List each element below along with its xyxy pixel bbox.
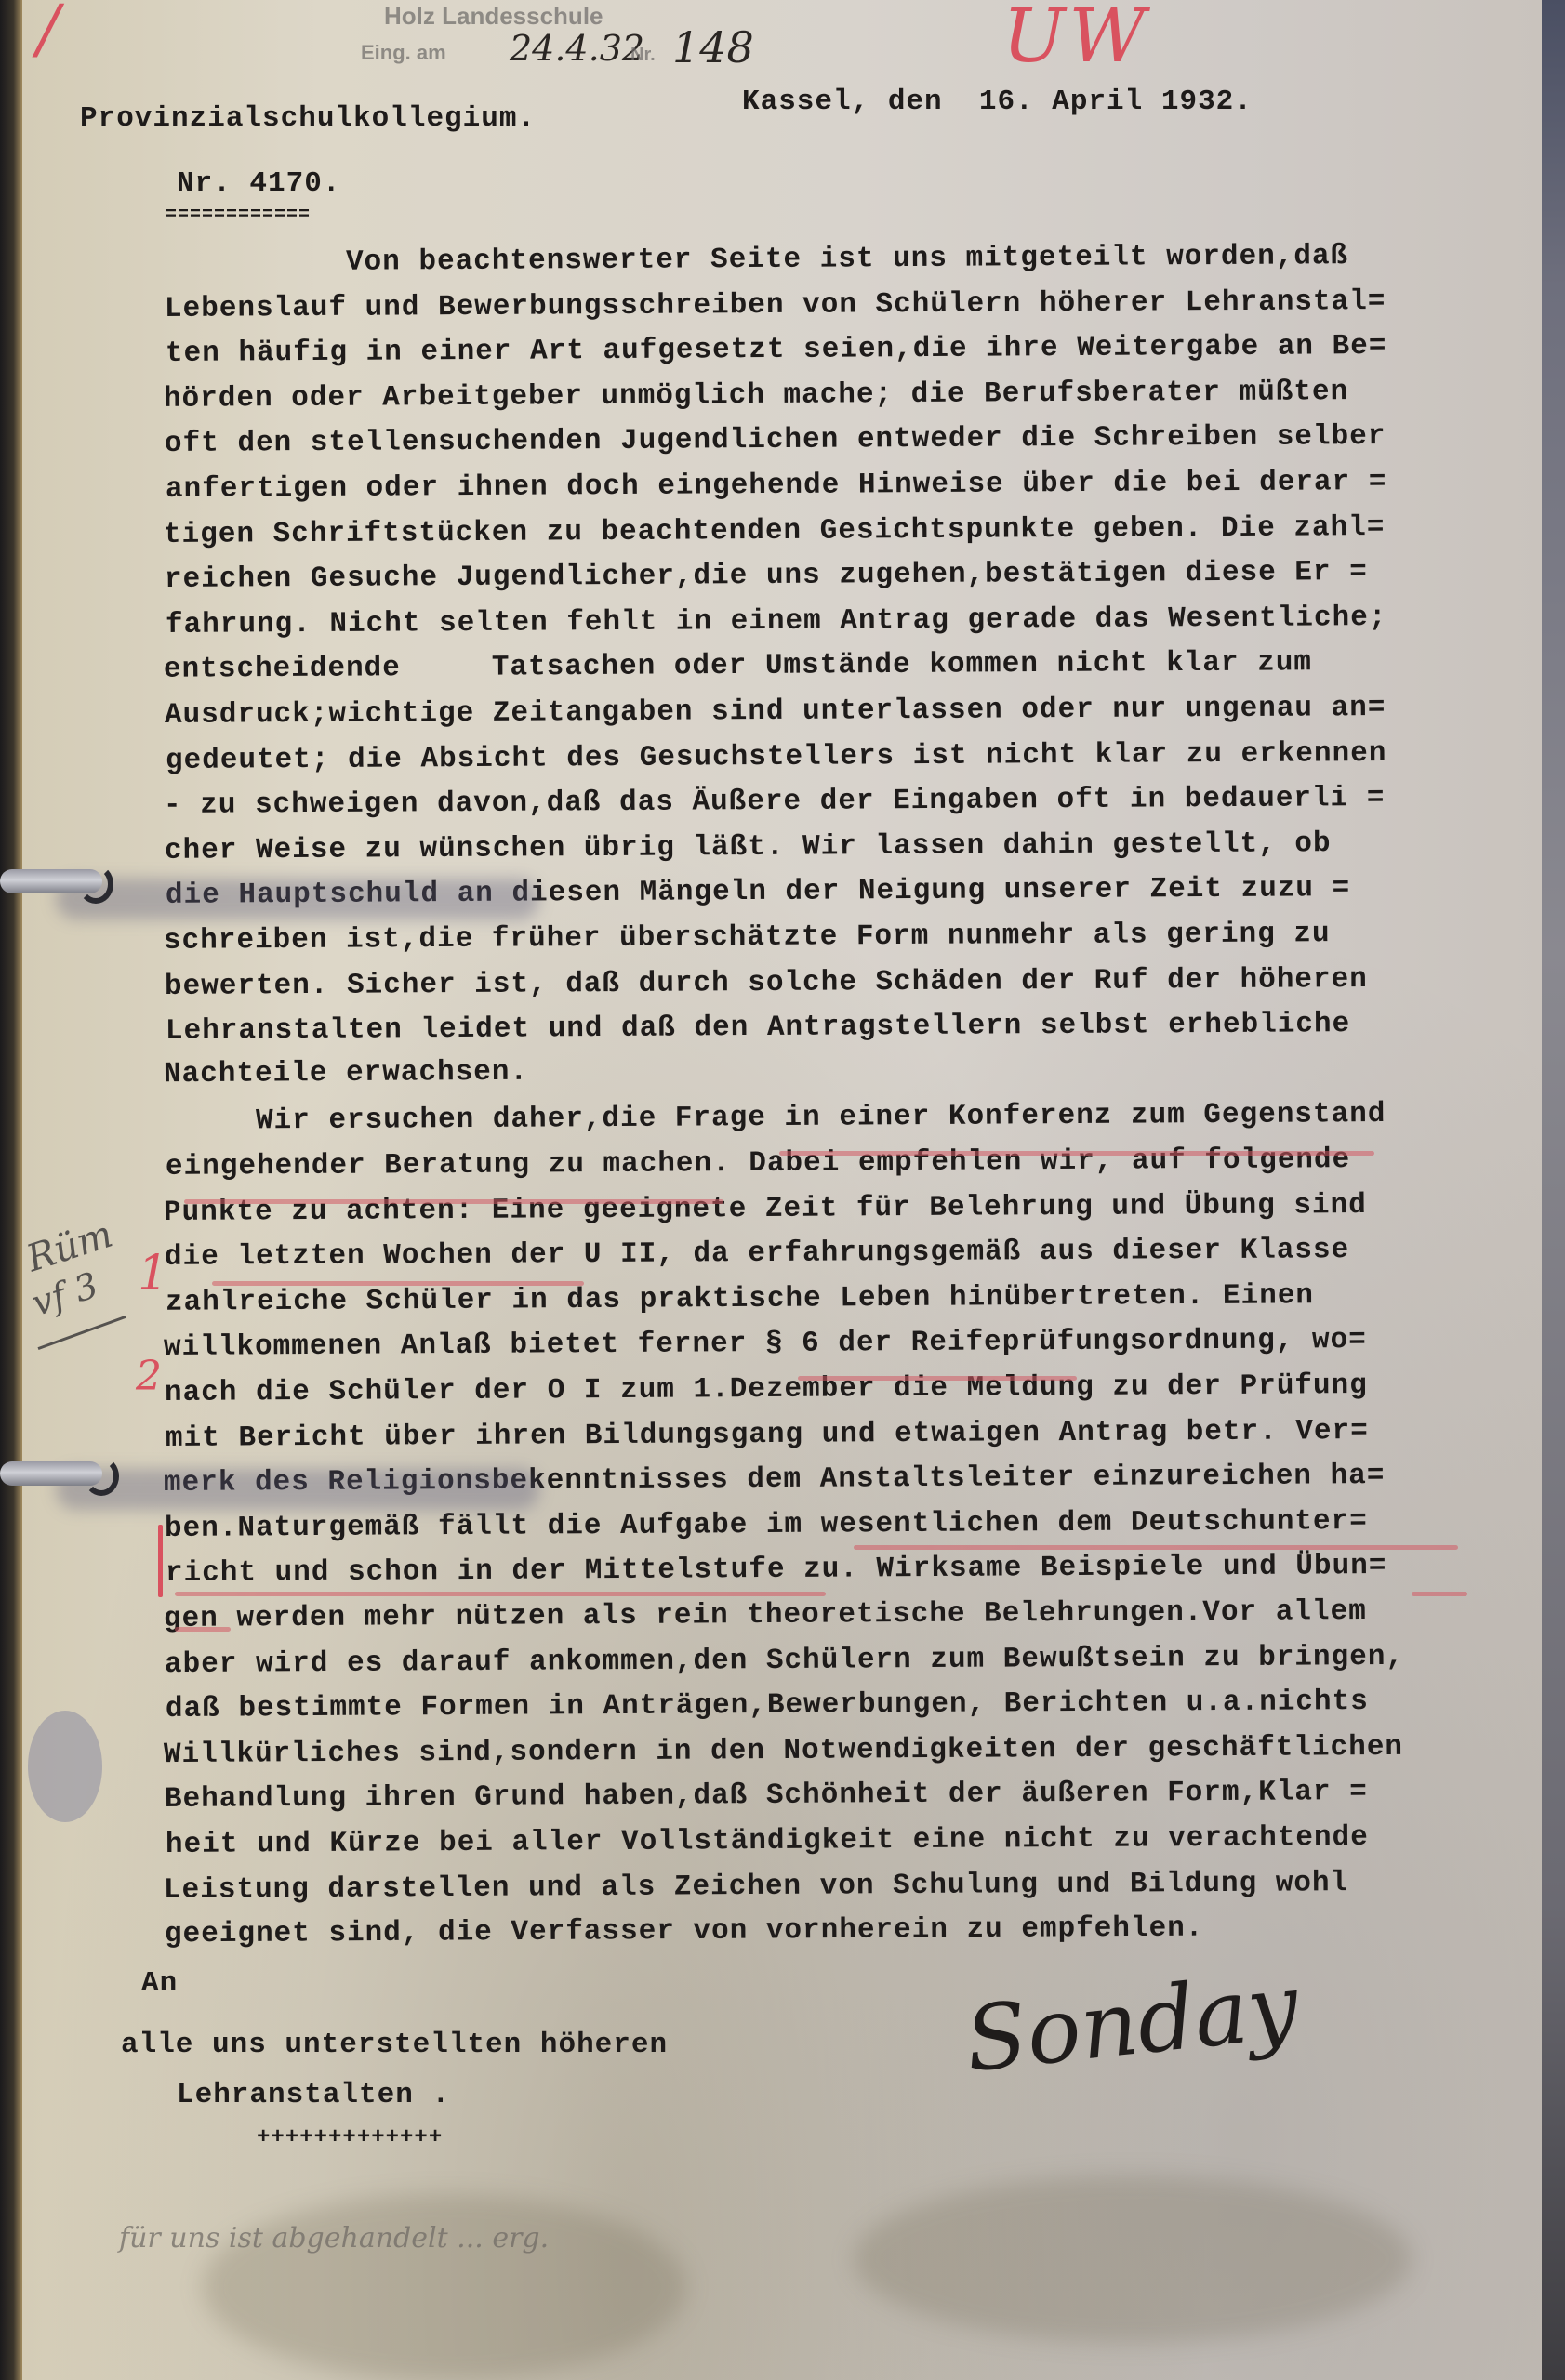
red-corner-mark: / bbox=[37, 0, 60, 67]
document-page: Holz Landesschule Eing. am 24.4.32 Nr. 1… bbox=[17, 0, 1542, 2380]
body-line: fahrung. Nicht selten fehlt in einem Ant… bbox=[166, 602, 1387, 641]
recipient-line-2: Lehranstalten . bbox=[177, 2079, 450, 2111]
body-line: oft den stellensuchenden Jugendlichen en… bbox=[165, 420, 1386, 460]
body-line: Lebenslauf und Bewerbungsschreiben von S… bbox=[165, 285, 1386, 325]
body-line: - zu schweigen davon,daß das Äußere der … bbox=[164, 782, 1386, 822]
red-underline bbox=[175, 1592, 826, 1596]
faded-pencil-note: für uns ist abgehandelt ... erg. bbox=[119, 2222, 549, 2254]
body-line: Willkürliches sind,sondern in den Notwen… bbox=[164, 1731, 1403, 1771]
red-number-2: 2 bbox=[136, 1353, 162, 1400]
body-line: gen werden mehr nützen als rein theoreti… bbox=[164, 1595, 1367, 1635]
reference-number: Nr. 4170. bbox=[177, 167, 340, 200]
body-line: gedeutet; die Absicht des Gesuchstellers… bbox=[166, 737, 1387, 777]
body-line: Lehranstalten leidet und daß den Antrags… bbox=[166, 1008, 1350, 1048]
red-underline bbox=[854, 1545, 1458, 1550]
closing-rule: +++++++++++++ bbox=[257, 2125, 443, 2150]
body-line: aber wird es darauf ankommen,den Schüler… bbox=[165, 1641, 1404, 1681]
body-line: heit und Kürze bei aller Vollständigkeit… bbox=[166, 1821, 1369, 1861]
body-line: entscheidende Tatsachen oder Umstände ko… bbox=[164, 647, 1312, 687]
receipt-date: 24.4.32 bbox=[510, 28, 644, 69]
body-line: geeignet sind, die Verfasser von vornher… bbox=[165, 1912, 1204, 1951]
recipient-line-1: alle uns unterstellten höheren bbox=[121, 2029, 668, 2061]
body-line: tigen Schriftstücken zu beachtenden Gesi… bbox=[164, 511, 1386, 551]
body-line: anfertigen oder ihnen doch eingehende Hi… bbox=[166, 466, 1387, 506]
binder-ring-tip bbox=[78, 865, 113, 904]
water-stain bbox=[854, 2175, 1412, 2343]
body-line: daß bestimmte Formen in Anträgen,Bewerbu… bbox=[166, 1686, 1369, 1725]
body-line: Ausdruck;wichtige Zeitangaben sind unter… bbox=[165, 692, 1386, 732]
body-line: willkommenen Anlaß bietet ferner § 6 der… bbox=[164, 1324, 1367, 1364]
red-underline bbox=[184, 1199, 723, 1204]
pencil-underline bbox=[38, 1316, 126, 1350]
red-underline bbox=[212, 1281, 584, 1286]
binder-ring-tip bbox=[84, 1457, 119, 1496]
place-date: Kassel, den 16. April 1932. bbox=[742, 86, 1253, 118]
ring-shadow bbox=[56, 1469, 539, 1510]
red-underline bbox=[1412, 1592, 1467, 1596]
red-number-1: 1 bbox=[138, 1246, 168, 1302]
body-line: schreiben ist,die früher überschätzte Fo… bbox=[164, 918, 1331, 958]
receipt-stamp-label: Eing. am bbox=[361, 41, 446, 65]
reference-underline: ============ bbox=[166, 205, 311, 226]
body-line: Von beachtenswerter Seite ist uns mitget… bbox=[164, 240, 1348, 280]
binder-edge bbox=[0, 0, 22, 2380]
red-underline bbox=[779, 1151, 1374, 1156]
ring-shadow bbox=[56, 879, 539, 919]
body-line: nach die Schüler der O I zum 1.Dezember … bbox=[165, 1369, 1368, 1409]
receipt-number-label: Nr. bbox=[630, 45, 656, 66]
body-line: ten häufig in einer Art aufgesetzt seien… bbox=[166, 330, 1387, 370]
body-line: Wir ersuchen daher,die Frage in einer Ko… bbox=[165, 1098, 1386, 1138]
receipt-number: 148 bbox=[672, 22, 754, 73]
recipient-prefix: An bbox=[141, 1967, 178, 2000]
body-line: Leistung darstellen und als Zeichen von … bbox=[164, 1867, 1348, 1907]
body-line: richt und schon in der Mittelstufe zu. W… bbox=[166, 1550, 1387, 1590]
red-margin-bar bbox=[158, 1525, 163, 1597]
signature: Sonday bbox=[961, 1954, 1303, 2093]
body-line: Nachteile erwachsen. bbox=[164, 1056, 528, 1091]
red-initials: UW bbox=[1002, 0, 1149, 79]
body-line: ben.Naturgemäß fällt die Aufgabe im wese… bbox=[165, 1505, 1368, 1545]
body-line: Punkte zu achten: Eine geeignete Zeit fü… bbox=[164, 1189, 1367, 1229]
body-line: reichen Gesuche Jugendlicher,die uns zug… bbox=[165, 556, 1368, 596]
body-line: cher Weise zu wünschen übrig läßt. Wir l… bbox=[165, 827, 1332, 867]
receipt-stamp-institution: Holz Landesschule bbox=[384, 2, 603, 31]
red-underline bbox=[175, 1627, 231, 1632]
body-line: mit Bericht über ihren Bildungsgang und … bbox=[166, 1415, 1369, 1455]
sender: Provinzialschulkollegium. bbox=[80, 102, 536, 135]
body-line: Behandlung ihren Grund haben,daß Schönhe… bbox=[165, 1776, 1368, 1816]
body-line: hörden oder Arbeitgeber unmöglich mache;… bbox=[164, 376, 1348, 416]
body-line: die letzten Wochen der U II, da erfahrun… bbox=[165, 1234, 1349, 1274]
red-underline bbox=[798, 1376, 1077, 1381]
body-line: eingehender Beratung zu machen. Dabei em… bbox=[166, 1144, 1350, 1183]
binder-ring-lower bbox=[28, 1711, 102, 1822]
body-line: bewerten. Sicher ist, daß durch solche S… bbox=[165, 963, 1368, 1003]
